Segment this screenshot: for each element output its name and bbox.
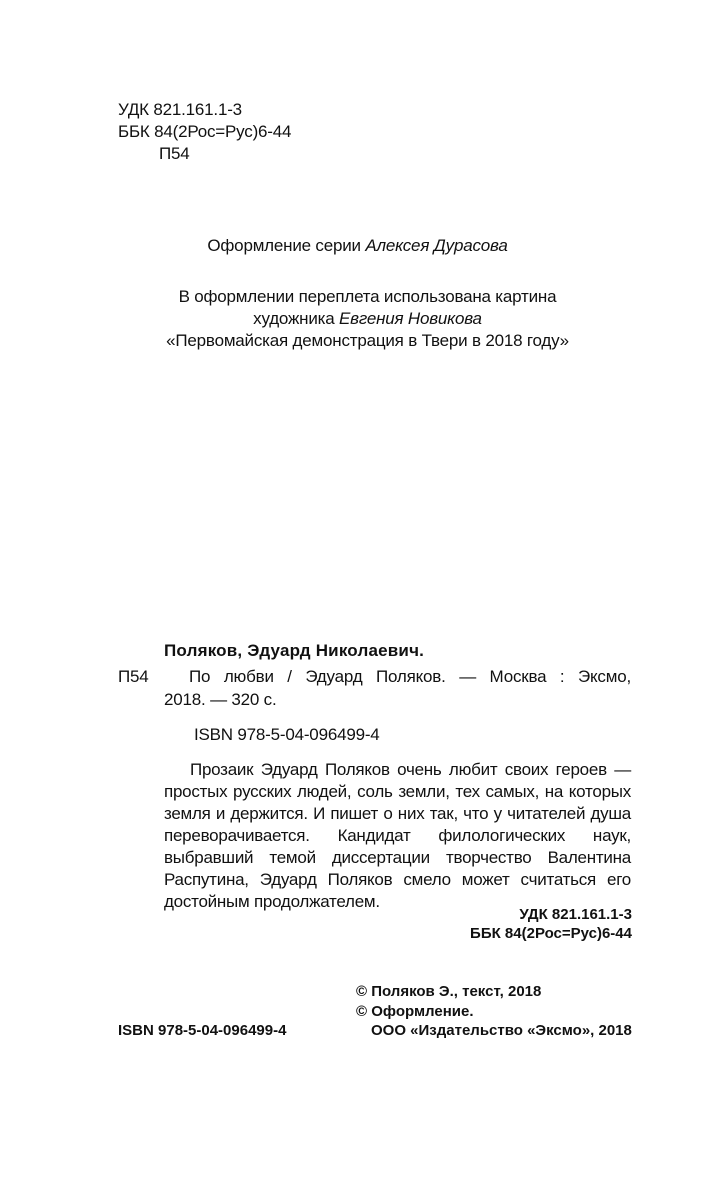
title-word: Поляков. (376, 667, 446, 687)
title-word: По (189, 667, 210, 687)
book-annotation: Прозаик Эдуард Поляков очень любит своих… (164, 759, 631, 913)
publication-details: 2018. — 320 с. (164, 690, 277, 710)
udk-code-record: УДК 821.161.1-3 (519, 906, 632, 923)
isbn-copyright: ISBN 978-5-04-096499-4 (118, 1022, 286, 1039)
copyright-text: © Поляков Э., текст, 2018 (356, 983, 541, 1000)
isbn-record: ISBN 978-5-04-096499-4 (194, 725, 380, 745)
cover-credit-line-1: В оформлении переплета использована карт… (0, 287, 715, 307)
bbk-code-record: ББК 84(2Рос=Рус)6-44 (470, 925, 632, 942)
title-word: / (287, 667, 292, 687)
title-word: Эдуард (305, 667, 362, 687)
cover-painting-title: «Первомайская демонстрация в Твери в 201… (0, 331, 715, 351)
udk-code-top: УДК 821.161.1-3 (118, 100, 242, 120)
title-word: Москва (490, 667, 547, 687)
copyright-design: © Оформление. (356, 1003, 474, 1020)
title-word: Эксмо, (578, 667, 631, 687)
copyright-publisher: ООО «Издательство «Эксмо», 2018 (371, 1022, 632, 1039)
author-mark-top: П54 (159, 144, 190, 164)
author-mark-record: П54 (118, 667, 149, 687)
series-designer-name: Алексея Дурасова (365, 236, 507, 255)
series-credit-prefix: Оформление серии (207, 236, 365, 255)
title-statement: Полюбви/ЭдуардПоляков.—Москва:Эксмо, (189, 667, 631, 687)
author-heading: Поляков, Эдуард Николаевич. (164, 641, 424, 661)
title-word: любви (224, 667, 274, 687)
bbk-code-top: ББК 84(2Рос=Рус)6-44 (118, 122, 291, 142)
series-design-credit: Оформление серии Алексея Дурасова (0, 236, 715, 256)
cover-artist-prefix: художника (253, 309, 339, 328)
cover-credit-line-2: художника Евгения Новикова (0, 309, 715, 329)
title-word: : (560, 667, 565, 687)
title-word: — (459, 667, 476, 687)
cover-artist-name: Евгения Новикова (339, 309, 482, 328)
